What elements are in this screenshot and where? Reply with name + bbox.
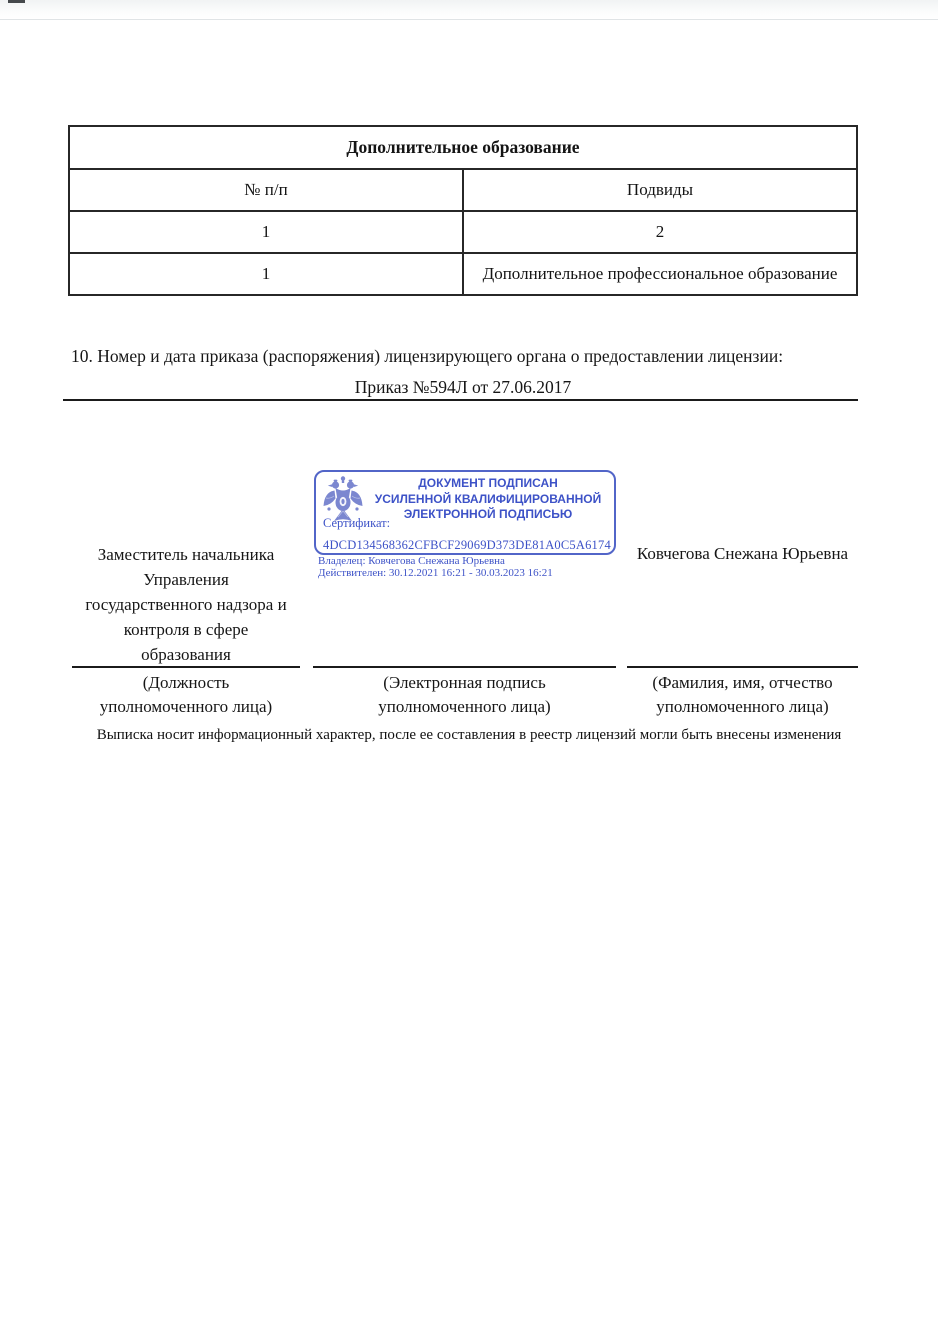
caption-position: (Должность уполномоченного лица) — [72, 671, 300, 718]
scan-edge-mark — [8, 0, 25, 3]
signer-position-line: государственного надзора и — [70, 592, 302, 617]
signature-line-name — [627, 666, 858, 668]
stamp-heading: ДОКУМЕНТ ПОДПИСАН УСИЛЕННОЙ КВАЛИФИЦИРОВ… — [366, 476, 610, 523]
stamp-heading-line2: УСИЛЕННОЙ КВАЛИФИЦИРОВАННОЙ — [366, 492, 610, 508]
signature-line-esign — [313, 666, 616, 668]
table-header-row: № п/п Подвиды — [69, 169, 857, 211]
stamp-heading-line1: ДОКУМЕНТ ПОДПИСАН — [366, 476, 610, 492]
order-underline — [63, 399, 858, 401]
signer-full-name: Ковчегова Снежана Юрьевна — [625, 544, 860, 564]
caption-esign-line1: (Электронная подпись — [313, 671, 616, 695]
stamp-heading-line3: ЭЛЕКТРОННОЙ ПОДПИСЬЮ — [366, 507, 610, 523]
signer-position-line: образования — [70, 642, 302, 667]
caption-position-line1: (Должность — [72, 671, 300, 695]
table-title: Дополнительное образование — [69, 126, 857, 169]
column-header-number: № п/п — [69, 169, 463, 211]
certificate-owner: Владелец: Ковчегова Снежана Юрьевна — [318, 555, 505, 567]
section-10-label: 10. Номер и дата приказа (распоряжения) … — [71, 346, 861, 367]
order-number-value: Приказ №594Л от 27.06.2017 — [68, 377, 858, 398]
table-title-row: Дополнительное образование — [69, 126, 857, 169]
signer-position: Заместитель начальника Управления госуда… — [70, 542, 302, 667]
column-header-subtypes: Подвиды — [463, 169, 857, 211]
certificate-number: 4DCD134568362CFBCF29069D373DE81A0C5A6174 — [323, 538, 611, 553]
table-row: 1 2 — [69, 211, 857, 253]
cell-number: 1 — [69, 253, 463, 295]
additional-education-table: Дополнительное образование № п/п Подвиды… — [68, 125, 858, 296]
caption-name: (Фамилия, имя, отчество уполномоченного … — [627, 671, 858, 718]
cell-number: 1 — [69, 211, 463, 253]
electronic-signature-stamp: ДОКУМЕНТ ПОДПИСАН УСИЛЕННОЙ КВАЛИФИЦИРОВ… — [314, 470, 616, 555]
caption-position-line2: уполномоченного лица) — [72, 695, 300, 719]
certificate-validity: Действителен: 30.12.2021 16:21 - 30.03.2… — [318, 567, 553, 579]
scan-top-edge — [0, 0, 938, 20]
certificate-label: Сертификат: — [323, 516, 390, 531]
cell-subtype: 2 — [463, 211, 857, 253]
caption-name-line2: уполномоченного лица) — [627, 695, 858, 719]
signature-line-position — [72, 666, 300, 668]
caption-esign: (Электронная подпись уполномоченного лиц… — [313, 671, 616, 718]
caption-esign-line2: уполномоченного лица) — [313, 695, 616, 719]
caption-name-line1: (Фамилия, имя, отчество — [627, 671, 858, 695]
signer-position-line: Заместитель начальника — [70, 542, 302, 567]
cell-subtype: Дополнительное профессиональное образова… — [463, 253, 857, 295]
table-row: 1 Дополнительное профессиональное образо… — [69, 253, 857, 295]
footer-disclaimer: Выписка носит информационный характер, п… — [0, 727, 938, 744]
signer-position-line: контроля в сфере — [70, 617, 302, 642]
signer-position-line: Управления — [70, 567, 302, 592]
